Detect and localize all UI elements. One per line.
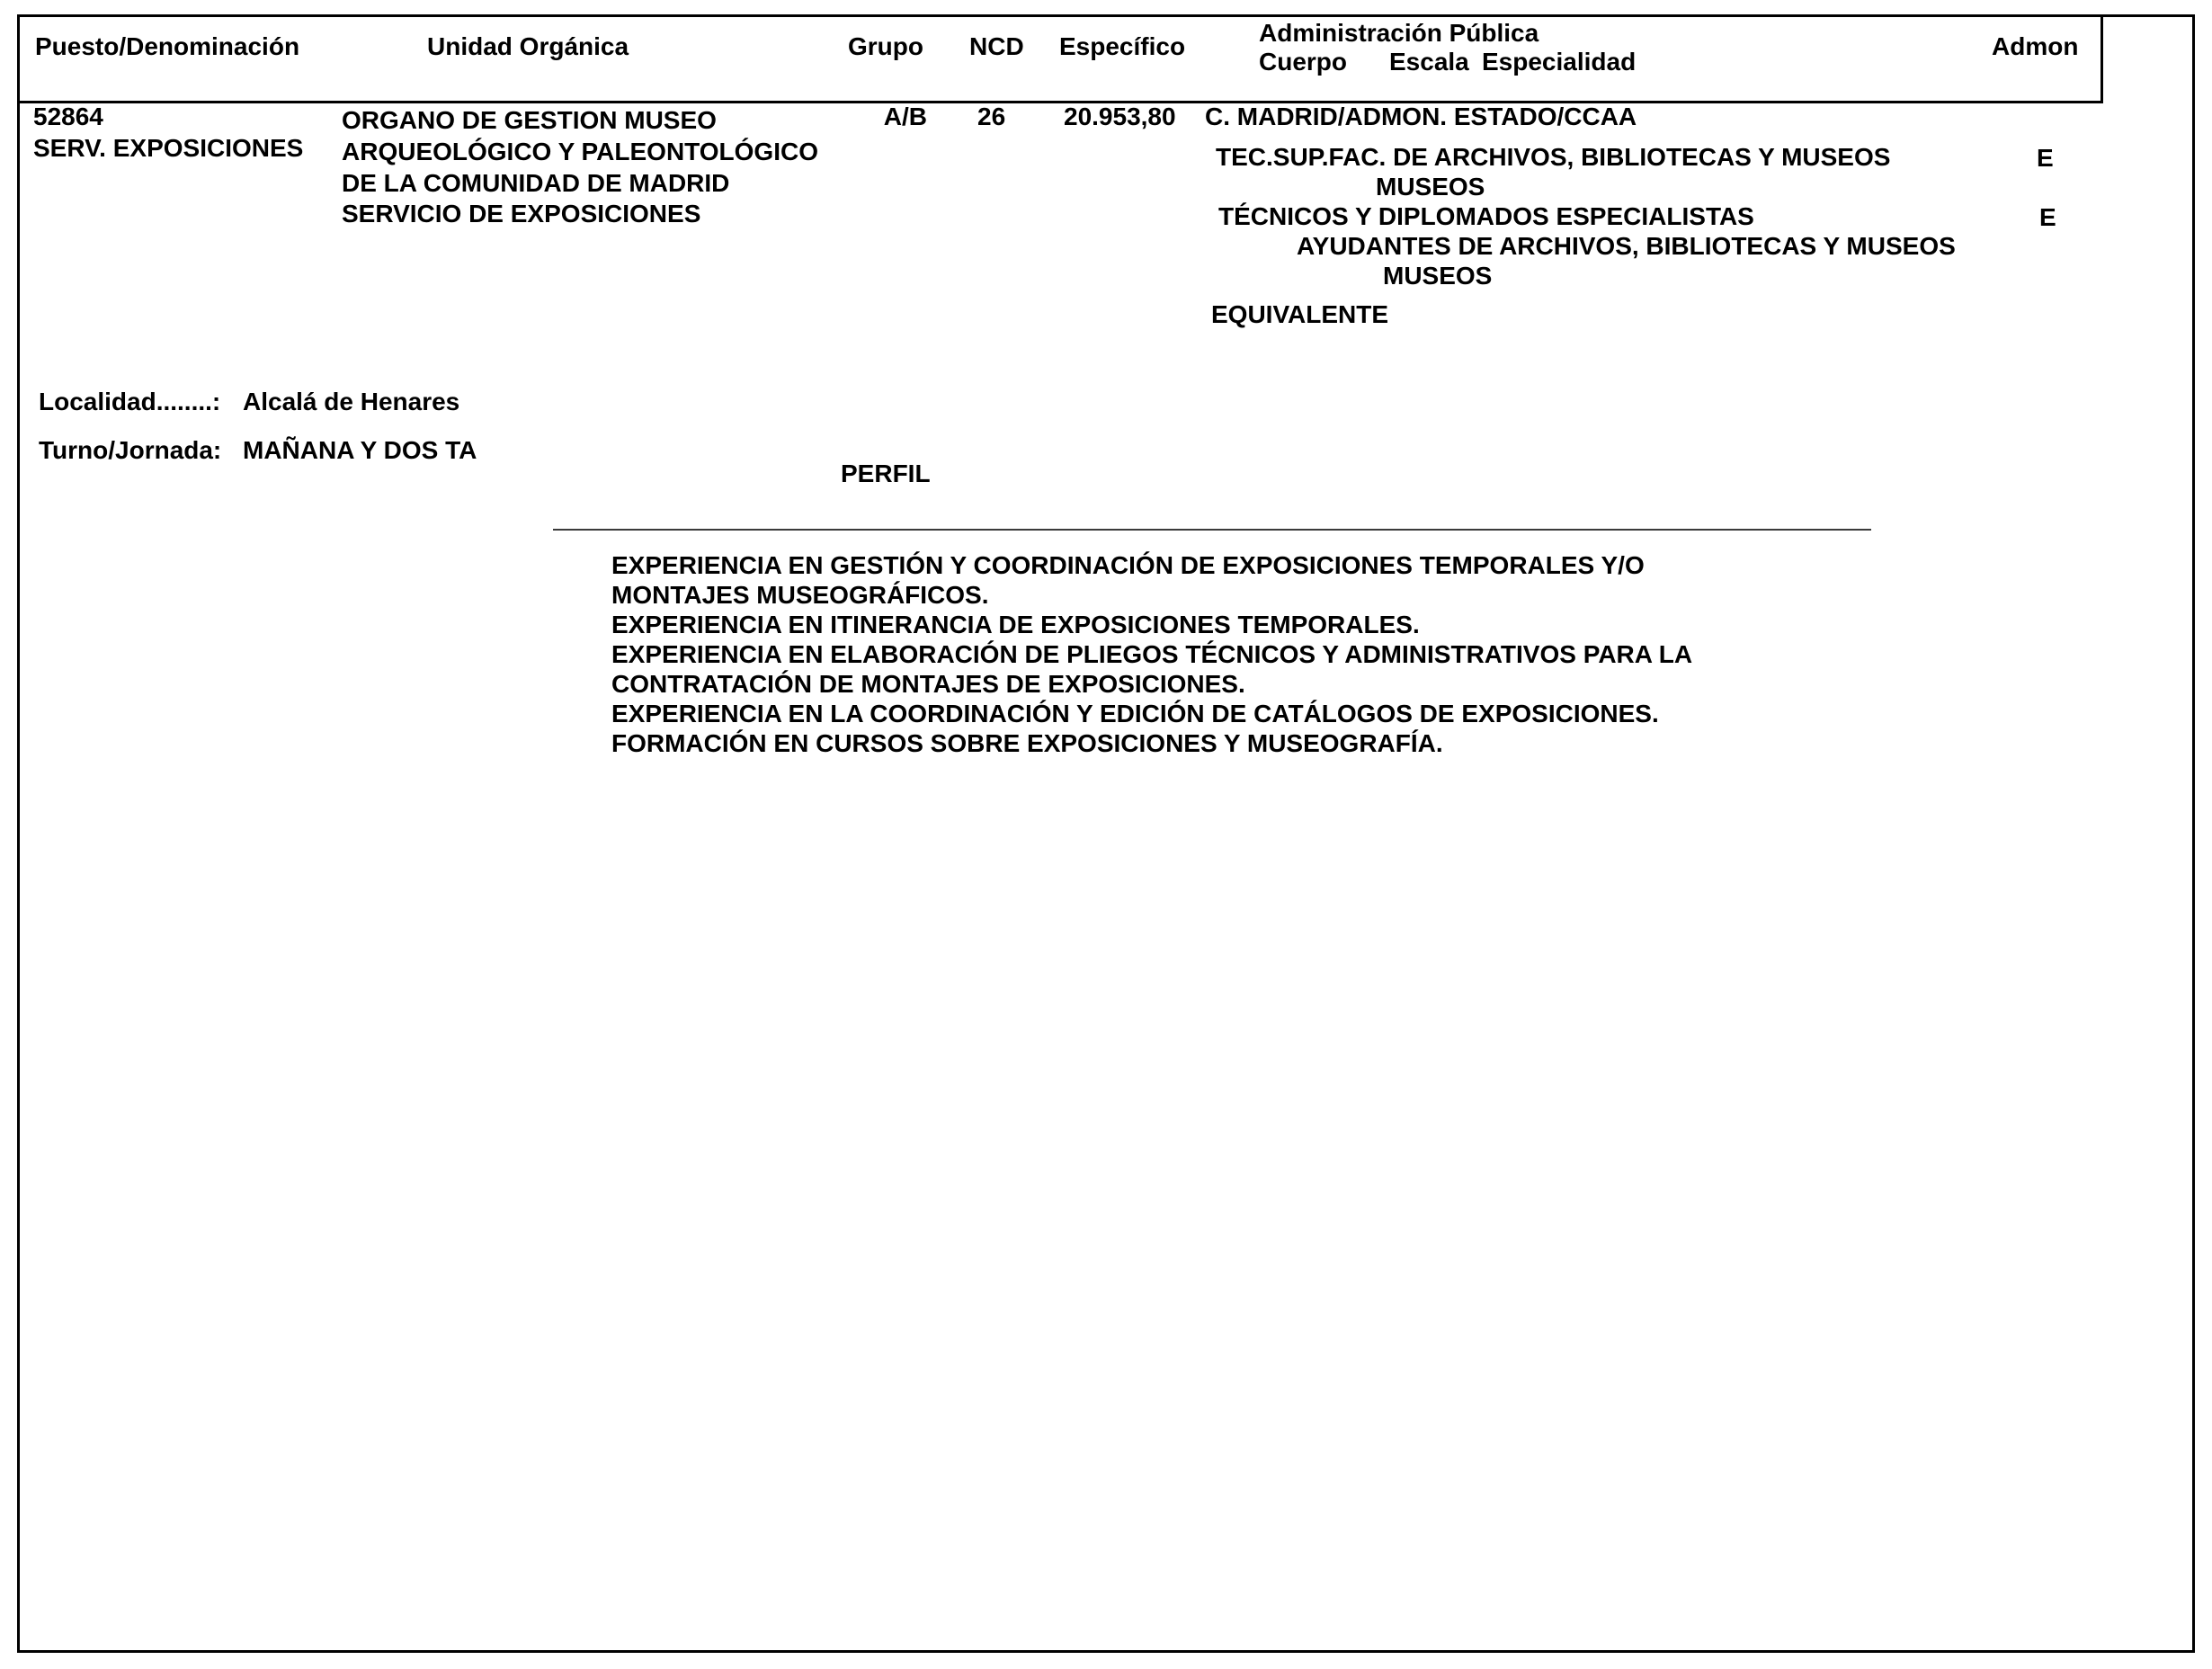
admon-value-2: E bbox=[2039, 204, 2056, 232]
especifico-value: 20.953,80 bbox=[1064, 103, 1176, 131]
escala-2: AYUDANTES DE ARCHIVOS, BIBLIOTECAS Y MUS… bbox=[1297, 233, 1956, 261]
localidad-value: Alcalá de Henares bbox=[243, 388, 459, 416]
perfil-line: FORMACIÓN EN CURSOS SOBRE EXPOSICIONES Y… bbox=[611, 728, 1692, 758]
column-header-grupo: Grupo bbox=[848, 33, 923, 61]
puesto-denominacion: SERV. EXPOSICIONES bbox=[33, 135, 303, 163]
especialidad-2: MUSEOS bbox=[1383, 263, 1492, 290]
column-subheader-escala: Escala bbox=[1389, 49, 1469, 76]
column-subheader-especialidad: Especialidad bbox=[1482, 49, 1636, 76]
ncd-value: 26 bbox=[977, 103, 1005, 131]
column-header-ncd: NCD bbox=[969, 33, 1024, 61]
perfil-divider bbox=[553, 529, 1871, 531]
unidad-organica-line: ARQUEOLÓGICO Y PALEONTOLÓGICO bbox=[342, 136, 818, 167]
turno-jornada-label: Turno/Jornada: bbox=[39, 437, 221, 465]
column-header-administracion-publica: Administración Pública bbox=[1259, 20, 1539, 48]
grupo-value: A/B bbox=[848, 103, 927, 131]
puesto-id: 52864 bbox=[33, 103, 103, 131]
perfil-line: MONTAJES MUSEOGRÁFICOS. bbox=[611, 580, 1692, 610]
column-subheader-cuerpo: Cuerpo bbox=[1259, 49, 1347, 76]
unidad-organica-line: ORGANO DE GESTION MUSEO bbox=[342, 104, 818, 136]
perfil-line: EXPERIENCIA EN GESTIÓN Y COORDINACIÓN DE… bbox=[611, 550, 1692, 580]
column-header-unidad-organica: Unidad Orgánica bbox=[427, 33, 629, 61]
administracion-value: C. MADRID/ADMON. ESTADO/CCAA bbox=[1205, 103, 1637, 131]
cuerpo-2: TÉCNICOS Y DIPLOMADOS ESPECIALISTAS bbox=[1218, 203, 1754, 231]
column-header-puesto: Puesto/Denominación bbox=[35, 33, 299, 61]
perfil-lines: EXPERIENCIA EN GESTIÓN Y COORDINACIÓN DE… bbox=[611, 550, 1692, 758]
unidad-organica-cell: ORGANO DE GESTION MUSEO ARQUEOLÓGICO Y P… bbox=[342, 104, 818, 199]
perfil-line: CONTRATACIÓN DE MONTAJES DE EXPOSICIONES… bbox=[611, 669, 1692, 699]
unidad-organica-line: DE LA COMUNIDAD DE MADRID bbox=[342, 167, 818, 199]
admon-value-1: E bbox=[2037, 145, 2054, 173]
especialidad-1: MUSEOS bbox=[1376, 174, 1485, 201]
turno-jornada-value: MAÑANA Y DOS TA bbox=[243, 437, 477, 465]
column-header-especifico: Específico bbox=[1059, 33, 1185, 61]
perfil-line: EXPERIENCIA EN LA COORDINACIÓN Y EDICIÓN… bbox=[611, 699, 1692, 728]
unidad-servicio: SERVICIO DE EXPOSICIONES bbox=[342, 201, 700, 228]
localidad-label: Localidad........: bbox=[39, 388, 220, 416]
equivalente-label: EQUIVALENTE bbox=[1211, 301, 1388, 329]
cuerpo-1: TEC.SUP.FAC. DE ARCHIVOS, BIBLIOTECAS Y … bbox=[1216, 144, 1890, 172]
perfil-line: EXPERIENCIA EN ELABORACIÓN DE PLIEGOS TÉ… bbox=[611, 639, 1692, 669]
perfil-line: EXPERIENCIA EN ITINERANCIA DE EXPOSICION… bbox=[611, 610, 1692, 639]
perfil-title: PERFIL bbox=[841, 460, 931, 488]
column-header-admon: Admon bbox=[1992, 33, 2078, 61]
